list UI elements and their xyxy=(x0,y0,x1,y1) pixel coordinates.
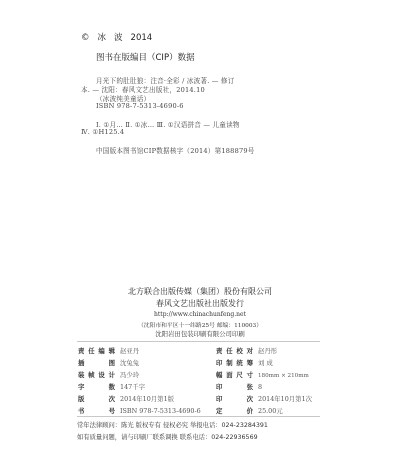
detail-value: 147千字 xyxy=(120,382,145,391)
detail-row-price: 定价25.00元 xyxy=(216,406,283,415)
detail-label: 插图 xyxy=(78,358,115,367)
detail-label: 责任校对 xyxy=(216,346,253,355)
detail-row-editor: 责任编辑赵亚丹 xyxy=(78,346,139,355)
detail-value: ISBN 978-7-5313-4690-6 xyxy=(120,407,201,415)
publisher-website: http://www.chinachunfeng.net xyxy=(0,311,400,318)
detail-label: 字数 xyxy=(78,382,115,391)
cip-title: 图书在版编目（CIP）数据 xyxy=(96,51,195,63)
cip-isbn: ISBN 978-7-5313-4690-6 xyxy=(96,102,184,110)
details-top-divider xyxy=(77,341,320,342)
detail-label: 印张 xyxy=(216,382,253,391)
detail-row-sheets: 印张8 xyxy=(216,382,262,391)
detail-label: 书号 xyxy=(78,406,115,415)
cip-classification-2: Ⅳ. ①H125.4 xyxy=(81,128,124,136)
detail-label: 印次 xyxy=(216,394,253,403)
detail-value: 2014年10月第1版 xyxy=(120,394,174,403)
copyright-symbol: © xyxy=(81,33,90,43)
publisher-press: 春风文艺出版社出版发行 xyxy=(0,298,400,309)
detail-label: 责任编辑 xyxy=(78,346,115,355)
copyright-line: ©冰波2014 xyxy=(81,31,160,43)
detail-row-edition: 版次2014年10月第1版 xyxy=(78,394,174,403)
detail-value: 2014年10月第1次 xyxy=(258,394,312,403)
cip-library-record: 中国版本图书馆CIP数据核字（2014）第188879号 xyxy=(96,145,255,155)
detail-value: 8 xyxy=(258,383,262,391)
printer-name: 沈阳岩田包装印刷有限公司印刷 xyxy=(0,329,400,338)
detail-row-impression: 印次2014年10月第1次 xyxy=(216,394,312,403)
detail-row-format: 幅面尺寸180mm × 210mm xyxy=(216,370,309,379)
author-char-1: 冰 xyxy=(98,33,107,43)
detail-row-proofreader: 责任校对赵丹彤 xyxy=(216,346,277,355)
detail-value: 冯少玲 xyxy=(120,370,139,379)
detail-value: 180mm × 210mm xyxy=(258,373,309,379)
detail-row-word-count: 字数147千字 xyxy=(78,382,145,391)
detail-value: 赵丹彤 xyxy=(258,346,277,355)
detail-value: 刘 成 xyxy=(258,358,273,367)
detail-row-illustrator: 插图沈兔兔 xyxy=(78,358,139,367)
detail-value: 沈兔兔 xyxy=(120,358,139,367)
publisher-group: 北方联合出版传媒（集团）股份有限公司 xyxy=(0,286,400,297)
detail-row-isbn: 书号ISBN 978-7-5313-4690-6 xyxy=(78,406,201,415)
detail-value: 25.00元 xyxy=(258,406,283,415)
detail-label: 装帧设计 xyxy=(78,370,115,379)
copyright-year: 2014 xyxy=(131,33,153,43)
detail-label: 版次 xyxy=(78,394,115,403)
detail-label: 定价 xyxy=(216,406,253,415)
details-bottom-divider xyxy=(77,416,320,417)
footer-legal-line: 常年法律顾问：陈光 版权专有 侵权必究 举报电话：024-23284391 xyxy=(77,420,268,429)
detail-value: 赵亚丹 xyxy=(120,346,139,355)
detail-label: 幅面尺寸 xyxy=(216,370,253,379)
author-char-2: 波 xyxy=(114,33,123,43)
detail-row-designer: 装帧设计冯少玲 xyxy=(78,370,139,379)
publisher-address: （沈阳市和平区十一纬路25号 邮编：110003） xyxy=(0,320,400,329)
footer-quality-line: 如有质量问题，请与印刷厂联系调换 联系电话：024-22936569 xyxy=(77,432,258,441)
detail-label: 印制统筹 xyxy=(216,358,253,367)
detail-row-production: 印制统筹刘 成 xyxy=(216,358,273,367)
